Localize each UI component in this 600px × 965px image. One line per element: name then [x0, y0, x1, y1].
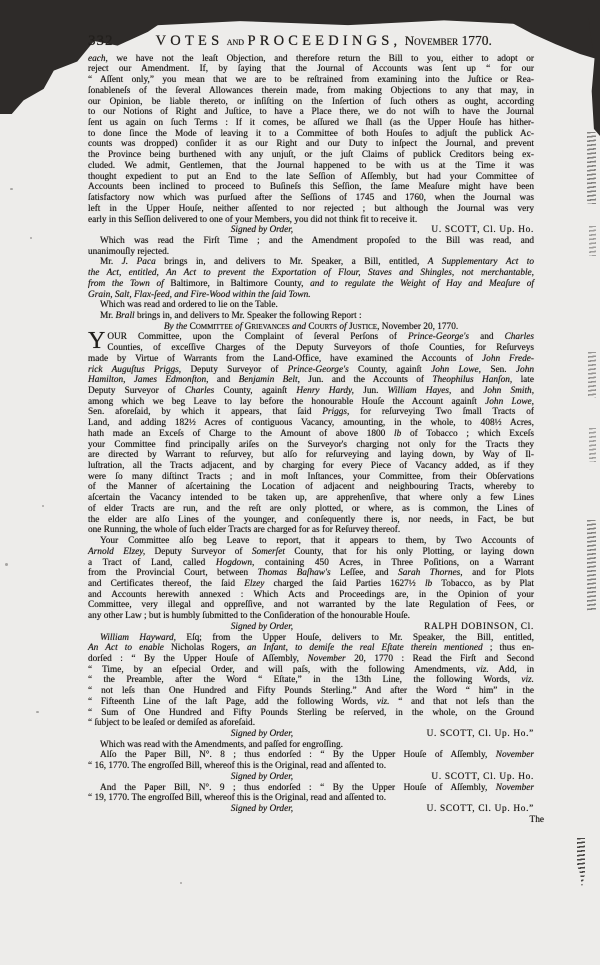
text-run: Baltimore, in Baltimore County, — [170, 279, 310, 289]
text-line: each, we have not the leaſt Objection, a… — [88, 54, 534, 65]
text-run: aſcertain the Vacancy intended to be tak… — [88, 493, 534, 503]
text-run: from the Provincial Court, between — [88, 568, 258, 578]
signature-line: Signed by Order,U. SCOTT, Cl. Up. Ho. — [88, 225, 534, 236]
text-run: Committee, very illegal and oppreſſive, … — [88, 600, 534, 610]
signature-name: U. SCOTT, Cl. Up. Ho.” — [427, 804, 534, 815]
text-line: rick Auguſtus Priggs, Deputy Surveyor of… — [88, 365, 534, 376]
text-line: reject our Amendment. If, by ſaying that… — [88, 64, 534, 75]
signature-name: RALPH DOBINSON, Cl. — [424, 622, 534, 633]
body-text: each, we have not the leaſt Objection, a… — [88, 54, 534, 826]
text-run: John Lowe, — [431, 365, 481, 375]
signature-label: Signed by Order, — [231, 622, 293, 633]
scan-speckle-strip — [587, 132, 596, 204]
text-run: our Opinion, be liable thereto, or inſiſ… — [88, 97, 534, 107]
text-run: Land, and adding 182½ Acres of contiguou… — [88, 418, 534, 428]
text-run: and — [290, 322, 309, 332]
text-line: a Tract of Land, called Hogdown, contain… — [88, 558, 534, 569]
text-run: Charles — [505, 332, 534, 342]
title-votes: VOTES — [156, 33, 224, 49]
text-line: “ not leſs than One Hundred and Fifty Po… — [88, 686, 534, 697]
text-line: hath made an Exceſs of Charge to the Amo… — [88, 429, 534, 440]
text-line: Which was read with the Amendments, and … — [88, 740, 534, 751]
signature-label: Signed by Order, — [231, 225, 293, 236]
text-run: brings in, and delivers to Mr. Speaker t… — [135, 311, 362, 321]
text-line: Mr. J. Paca brings in, and delivers to M… — [88, 257, 534, 268]
signature-name: U. SCOTT, Cl. Up. Ho. — [431, 772, 534, 783]
scan-speck — [10, 188, 13, 190]
text-run: Which was read the Firſt Time ; and the … — [100, 236, 534, 246]
text-run: Sarah Thornes, — [398, 568, 463, 578]
text-run: “ Fifteenth Line of the laſt Page, add t… — [88, 697, 377, 707]
text-run: J. Paca — [122, 257, 156, 267]
text-run: of — [233, 322, 245, 332]
text-run: early in this Seſſion delivered to one o… — [88, 215, 417, 225]
signature-line: Signed by Order,U. SCOTT, Cl. Up. Ho.” — [88, 729, 534, 740]
text-line: Counties, of exceſſive Charges of the De… — [88, 343, 534, 354]
text-line: our Opinion, be liable thereto, or inſiſ… — [88, 97, 534, 108]
text-run: Add, in — [489, 665, 534, 675]
text-run: Sen. aforeſaid, by which it appears, tha… — [88, 407, 322, 417]
text-run: Thomas Baſhaw's — [258, 568, 331, 578]
text-line: “ Aſſent only,” you mean that we are to … — [88, 75, 534, 86]
text-run: Hogdown, — [216, 558, 254, 568]
text-line: An Act to enable Nicholas Rogers, an Inf… — [88, 643, 534, 654]
signature-label: Signed by Order, — [231, 729, 293, 740]
text-run: “ not leſs than One Hundred and Fifty Po… — [88, 686, 534, 696]
text-line: luſtration, all the Tracts adjacent, and… — [88, 461, 534, 472]
text-run: Somerſet — [252, 547, 285, 557]
text-run: Theophilus Hanſon, — [432, 375, 512, 385]
text-run: for reſurveying Two ſmall Tracts of — [349, 407, 534, 417]
text-line: unanimouſly rejected. — [88, 247, 534, 258]
text-run: unanimouſly rejected. — [88, 247, 169, 257]
signature-name: U. SCOTT, Cl. Up. Ho. — [431, 225, 534, 236]
text-line: thought expedient to put an End to the l… — [88, 172, 534, 183]
scan-speckle-strip — [588, 352, 596, 398]
text-run: Leſſee, and — [331, 568, 398, 578]
section-heading: By the Committee of Grievances and Court… — [88, 322, 534, 333]
text-run: ; thus en- — [483, 643, 534, 653]
scanned-document-page: 332 VOTES and PROCEEDINGS, November 1770… — [0, 0, 600, 965]
scan-speckle-strip — [589, 428, 596, 462]
title-proceedings: PROCEEDINGS, — [247, 33, 401, 49]
text-line: one Running, the whole of ſuch elder Tra… — [88, 525, 534, 536]
text-run: an Infant, to demiſe the real Eſtate the… — [247, 643, 483, 653]
text-run: of elder Tracts are run, and the reſt ar… — [88, 504, 534, 514]
text-run: Benjamin Belt, — [239, 375, 300, 385]
text-run: one Running, the whole of ſuch elder Tra… — [88, 525, 400, 535]
text-run: 20, 1770 : Read the Firſt and Second — [346, 654, 534, 664]
text-run: Tobacco, as by Plat — [432, 579, 534, 589]
text-run: Charles — [185, 386, 214, 396]
text-run: cluded. We admit, Gentlemen, that the Jo… — [88, 161, 534, 171]
text-run: Mr. — [100, 311, 116, 321]
signature-label: Signed by Order, — [231, 772, 293, 783]
text-run: luſtration, all the Tracts adjacent, and… — [88, 461, 534, 471]
text-line: Arnold Elzey, Deputy Surveyor of Somerſe… — [88, 547, 534, 558]
text-run: Brall — [116, 311, 135, 321]
text-run: November — [307, 654, 345, 664]
text-line: the Act, entitled, An Act to prevent the… — [88, 268, 534, 279]
text-run: And the Paper Bill, N°. 9 ; thus endorſe… — [100, 783, 496, 793]
text-line: of the Manner of aſcertaining the Locati… — [88, 482, 534, 493]
text-run: Elzey — [244, 579, 264, 589]
text-line: to our Notions of Right and Juſtice, to … — [88, 107, 534, 118]
text-line: of elder Tracts are run, and the reſt ar… — [88, 504, 534, 515]
text-line: are directed by Warrant to reſurvey, but… — [88, 450, 534, 461]
text-run: counts was dropped) conſider it as our R… — [88, 139, 534, 149]
text-run: of — [337, 322, 349, 332]
text-run: of the Manner of aſcertaining the Locati… — [88, 482, 534, 492]
text-line: Land, and adding 182½ Acres of contiguou… — [88, 418, 534, 429]
text-line: the Province being burthened with any un… — [88, 150, 534, 161]
text-run: Accounts been inclined to proceed to Buſ… — [88, 182, 534, 192]
text-run: rick Auguſtus Priggs, — [88, 365, 181, 375]
text-run: William Hayes, — [388, 386, 452, 396]
text-run: a Tract of Land, called — [88, 558, 216, 568]
text-run: “ the Preamble, after the Word “ Eſtate,… — [88, 675, 521, 685]
text-line: “ ſubject to be leaſed or demiſed as afo… — [88, 718, 534, 729]
text-line: Alſo the Paper Bill, N°. 8 ; thus endorſ… — [88, 750, 534, 761]
text-run: and — [469, 332, 505, 342]
text-line: from the Town of Baltimore, in Baltimore… — [88, 279, 534, 290]
text-block: 332 VOTES and PROCEEDINGS, November 1770… — [88, 36, 534, 825]
text-line: were ſo many diſtinct Tracts ; and in mo… — [88, 472, 534, 483]
page-header: 332 VOTES and PROCEEDINGS, November 1770… — [88, 36, 534, 48]
scan-speck — [42, 505, 44, 507]
drop-cap: Y — [88, 332, 107, 352]
text-run: and — [451, 386, 483, 396]
text-line: dorſed : “ By the Upper Houſe of Aſſembl… — [88, 654, 534, 665]
text-run: County, againſt — [214, 386, 296, 396]
text-run: John Frede- — [482, 354, 534, 364]
text-run: November 20, 1770. — [379, 322, 458, 332]
page-title: VOTES and PROCEEDINGS, November 1770. — [114, 36, 535, 48]
catchword: The — [88, 815, 544, 826]
text-run: Jun. — [354, 386, 388, 396]
title-year: 1770. — [462, 33, 492, 48]
text-line: among which we beg Leave to lay before t… — [88, 397, 534, 408]
text-line: Grain, Salt, Flax-ſeed, and Fire-Wood wi… — [88, 290, 534, 301]
text-line: to done ſince the Mode of leaving it to … — [88, 129, 534, 140]
text-run: Justice, — [349, 322, 379, 332]
text-run: Grievances — [245, 322, 290, 332]
text-run: Eſq; from the Upper Houſe, delivers to M… — [176, 633, 534, 643]
text-line: aſcertain the Vacancy intended to be tak… — [88, 493, 534, 504]
text-line: and Accounts herewith annexed : Which Ac… — [88, 590, 534, 601]
text-run: viz. — [476, 665, 489, 675]
text-line: cluded. We admit, Gentlemen, that the Jo… — [88, 161, 534, 172]
text-line: “ 19, 1770. The engroſſed Bill, whereof … — [88, 793, 534, 804]
text-run: the elder are alſo Lines of the younger,… — [88, 515, 534, 525]
text-line: ſent us again on ſuch Terms : If it come… — [88, 118, 534, 129]
text-run: Which was read and ordered to lie on the… — [100, 300, 278, 310]
text-line: Sen. aforeſaid, by which it appears, tha… — [88, 407, 534, 418]
text-run: County, that for his only Plotting, or l… — [285, 547, 534, 557]
text-run: Which was read with the Amendments, and … — [100, 740, 343, 750]
text-run: “ 16, 1770. The engroſſed Bill, whereof … — [88, 761, 386, 771]
text-run: William Hayward, — [100, 633, 176, 643]
text-run: John Lowe, — [485, 397, 534, 407]
text-line: YOUR Committee, upon the Complaint of ſe… — [88, 332, 534, 343]
text-run: to done ſince the Mode of leaving it to … — [88, 129, 534, 139]
signature-label: Signed by Order, — [231, 804, 293, 815]
text-run: brings in, and delivers to Mr. Speaker, … — [156, 257, 428, 267]
text-line: and Certificates thereof, the ſaid Elzey… — [88, 579, 534, 590]
text-run: containing 450 Acres, in Three Poſitions… — [254, 558, 534, 568]
text-line: Accounts been inclined to proceed to Buſ… — [88, 182, 534, 193]
text-line: early in this Seſſion delivered to one o… — [88, 215, 534, 226]
text-line: “ Fifteenth Line of the laſt Page, add t… — [88, 697, 534, 708]
text-run: Mr. — [100, 257, 122, 267]
text-run: thought expedient to put an End to the l… — [88, 172, 534, 182]
text-line: Which was read the Firſt Time ; and the … — [88, 236, 534, 247]
signature-line: Signed by Order,U. SCOTT, Cl. Up. Ho. — [88, 772, 534, 783]
scan-speckle-strip — [589, 226, 596, 256]
text-run: Your Committee alſo beg Leave to report,… — [100, 536, 534, 546]
text-line: ſonableneſs of the ſeveral Allowances th… — [88, 86, 534, 97]
text-run: of Tobacco ; which Exceſs — [401, 429, 534, 439]
text-run: hath made an Exceſs of Charge to the Amo… — [88, 429, 394, 439]
text-run: and Accounts herewith annexed : Which Ac… — [88, 590, 534, 600]
text-run: Henry Hardy, — [296, 386, 354, 396]
text-run: late — [512, 375, 534, 385]
text-run: dorſed : “ By the Upper Houſe of Aſſembl… — [88, 654, 307, 664]
text-run: the Province being burthened with any un… — [88, 150, 534, 160]
text-run: Nicholas Rogers, — [171, 643, 247, 653]
text-line: counts was dropped) conſider it as our R… — [88, 139, 534, 150]
text-run: Prince-George's — [408, 332, 469, 342]
scan-speck — [30, 237, 32, 239]
text-run: are directed by Warrant to reſurvey, but… — [88, 450, 534, 460]
text-run: By the — [164, 322, 190, 332]
text-run: Jun. and the Accounts of — [300, 375, 432, 385]
text-run: An Act to enable — [88, 643, 171, 653]
text-run: ſent us again on ſuch Terms : If it come… — [88, 118, 534, 128]
text-line: made by Virtue of Warrants from the Land… — [88, 354, 534, 365]
text-run: and to regulate the Weight of Hay and Me… — [310, 279, 534, 289]
text-run: Alſo the Paper Bill, N°. 8 ; thus endorſ… — [100, 750, 496, 760]
text-run: Counties, of exceſſive Charges of the De… — [107, 343, 534, 353]
text-run: viz. — [377, 697, 390, 707]
text-line: from the Provincial Court, between Thoma… — [88, 568, 534, 579]
text-line: Committee, very illegal and oppreſſive, … — [88, 600, 534, 611]
scan-speck — [36, 711, 39, 713]
text-run: November — [496, 750, 534, 760]
text-run: from the Town of — [88, 279, 170, 289]
text-run: each, — [88, 54, 108, 64]
text-run: and for Plots — [463, 568, 534, 578]
text-run: made by Virtue of Warrants from the Land… — [88, 354, 482, 364]
text-run: OUR Committee, upon the Complaint of ſev… — [107, 332, 408, 342]
text-line: Which was read and ordered to lie on the… — [88, 300, 534, 311]
signature-line: Signed by Order,U. SCOTT, Cl. Up. Ho.” — [88, 804, 534, 815]
text-run: reject our Amendment. If, by ſaying that… — [88, 64, 534, 74]
text-run: your Committee find principally ariſes o… — [88, 440, 534, 450]
page-number: 332 — [88, 36, 114, 47]
text-run: “ and that not leſs than the — [390, 697, 535, 707]
scan-speckle-strip — [587, 520, 596, 612]
text-run: ſatisfactory now which was purſued after… — [88, 193, 534, 203]
text-run: charged the ſaid Parties 1627½ — [264, 579, 425, 589]
text-run: Deputy Surveyor of — [88, 386, 185, 396]
text-run: “ Time, by an eſpecial Order, and will p… — [88, 665, 476, 675]
scan-speckle-strip — [577, 838, 585, 888]
signature-line: Signed by Order,RALPH DOBINSON, Cl. — [88, 622, 534, 633]
text-run: Arnold Elzey, — [88, 547, 145, 557]
text-run: we have not the leaſt Objection, and the… — [108, 54, 534, 64]
text-run: Grain, Salt, Flax-ſeed, and Fire-Wood wi… — [88, 290, 311, 300]
text-run: “ 19, 1770. The engroſſed Bill, whereof … — [88, 793, 386, 803]
text-line: left in the Upper Houſe, neither aſſente… — [88, 204, 534, 215]
scan-speck — [5, 563, 8, 566]
title-and: and — [227, 36, 244, 48]
text-line: Hamilton, James Edmonſton, and Benjamin … — [88, 375, 534, 386]
text-line: Mr. Brall brings in, and delivers to Mr.… — [88, 311, 534, 322]
text-line: Deputy Surveyor of Charles County, again… — [88, 386, 534, 397]
text-run: County, againſt — [349, 365, 431, 375]
text-line: Your Committee alſo beg Leave to report,… — [88, 536, 534, 547]
text-run: Priggs, — [322, 407, 349, 417]
text-run: Sen. — [481, 365, 516, 375]
text-line: “ the Preamble, after the Word “ Eſtate,… — [88, 675, 534, 686]
text-run: November — [496, 783, 534, 793]
text-run: A Supplementary Act to — [428, 257, 534, 267]
text-run: John Smith, — [483, 386, 534, 396]
title-month: November — [405, 33, 458, 48]
text-line: any other Law ; but is humbly ſubmitted … — [88, 611, 534, 622]
text-run: to our Notions of Right and Juſtice, to … — [88, 107, 534, 117]
text-line: “ Time, by an eſpecial Order, and will p… — [88, 665, 534, 676]
text-run: “ Sum of One Hundred and Fifty Pounds St… — [88, 708, 534, 718]
text-line: “ 16, 1770. The engroſſed Bill, whereof … — [88, 761, 534, 772]
text-run: left in the Upper Houſe, neither aſſente… — [88, 204, 534, 214]
text-run: the Act, entitled, An Act to prevent the… — [88, 268, 534, 278]
text-run: any other Law ; but is humbly ſubmitted … — [88, 611, 410, 621]
text-line: William Hayward, Eſq; from the Upper Hou… — [88, 633, 534, 644]
text-run: were ſo many diſtinct Tracts ; and in mo… — [88, 472, 534, 482]
text-run: “ ſubject to be leaſed or demiſed as afo… — [88, 718, 255, 728]
text-run: The — [530, 815, 544, 825]
text-line: “ Sum of One Hundred and Fifty Pounds St… — [88, 708, 534, 719]
text-line: the elder are alſo Lines of the younger,… — [88, 515, 534, 526]
scan-speck — [180, 882, 182, 884]
text-run: Deputy Surveyor of — [145, 547, 252, 557]
signature-name: U. SCOTT, Cl. Up. Ho.” — [427, 729, 534, 740]
text-line: ſatisfactory now which was purſued after… — [88, 193, 534, 204]
text-run: John — [516, 365, 534, 375]
text-run: Courts — [308, 322, 337, 332]
text-run: “ Aſſent only,” you mean that we are to … — [88, 75, 534, 85]
text-line: And the Paper Bill, N°. 9 ; thus endorſe… — [88, 783, 534, 794]
text-run: Deputy Surveyor of — [181, 365, 288, 375]
text-run: Prince-George's — [288, 365, 349, 375]
text-run: viz. — [521, 675, 534, 685]
text-run: among which we beg Leave to lay before t… — [88, 397, 485, 407]
text-run: Committee — [190, 322, 233, 332]
text-line: your Committee find principally ariſes o… — [88, 440, 534, 451]
text-run: ſonableneſs of the ſeveral Allowances th… — [88, 86, 534, 96]
text-run: Hamilton, James Edmonſton, — [88, 375, 209, 385]
text-run: and Certificates thereof, the ſaid — [88, 579, 244, 589]
text-run: and — [209, 375, 239, 385]
